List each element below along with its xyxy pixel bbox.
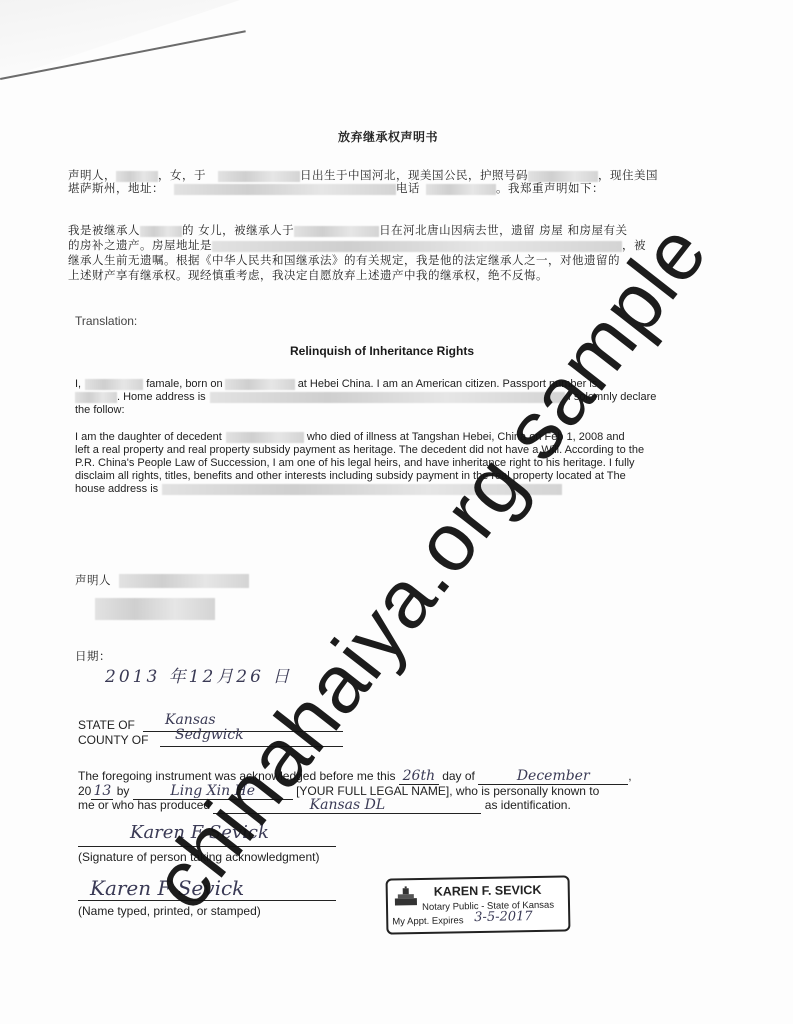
redacted-decedent (140, 226, 182, 237)
en-para2-line2: left a real property and real property s… (75, 444, 644, 456)
redacted-decedent (226, 432, 304, 443)
en-para1-line3: the follow: (75, 404, 125, 416)
text: . Home address is (117, 391, 206, 403)
text: 日在河北唐山因病去世，遗留 房屋 和房屋有关 (379, 223, 627, 237)
en-para1-line1: I, famale, born on at Hebei China. I am … (75, 378, 597, 390)
handwritten-day: 26th (403, 768, 435, 784)
printed-name-signature: Karen F Sevick (90, 876, 244, 900)
text: [YOUR FULL LEGAL NAME], who is personall… (296, 784, 599, 798)
county-value: Sedgwick (175, 727, 244, 743)
text: 的 女儿，被继承人于 (182, 223, 294, 237)
signature-underline (78, 846, 336, 847)
capitol-building-icon (394, 886, 418, 906)
en-para2-line1: I am the daughter of decedent who died o… (75, 431, 625, 443)
cn-para1-line2: 堪萨斯州，地址：电话。我郑重声明如下： (68, 180, 604, 196)
english-title: Relinquish of Inheritance Rights (290, 344, 474, 358)
text: 我是被继承人 (68, 223, 140, 237)
text: me or who has produced (78, 798, 210, 812)
printed-name-underline (78, 900, 336, 901)
stamp-expires-label: My Appt. Expires (392, 915, 463, 927)
notary-stamp: KAREN F. SEVICK Notary Public - State of… (386, 875, 571, 934)
text: house address is (75, 483, 158, 495)
text: day of (442, 769, 475, 783)
text: ，现住美国 (598, 168, 658, 182)
en-para2-line5: house address is (75, 483, 562, 495)
redacted-address (174, 184, 396, 195)
redacted-declarant-name (119, 574, 249, 588)
county-underline (160, 746, 343, 747)
cn-para2-line3: 继承人生前无遗嘱。根据《中华人民共和国继承法》的有关规定，我是他的法定继承人之一… (68, 252, 620, 268)
handwritten-id: Kansas DL (310, 797, 386, 813)
text: I, (75, 378, 81, 390)
declarant-line: 声明人 (75, 572, 249, 588)
en-para2-line3: P.R. China's People Law of Succession, I… (75, 457, 635, 469)
translation-label: Translation: (75, 314, 137, 328)
text: at Hebei China. I am an American citizen… (298, 378, 598, 390)
text: by (117, 784, 130, 798)
redacted-block (95, 598, 215, 620)
stamp-name: KAREN F. SEVICK (434, 883, 542, 899)
en-para1-line2: . Home address is I solemnly declare (75, 391, 656, 403)
state-label: STATE OF (78, 718, 135, 732)
text: I solemnly declare (568, 391, 657, 403)
ack-id-field: Kansas DL (213, 797, 481, 814)
handwritten-month: December (517, 768, 590, 784)
redacted-house-address (162, 484, 562, 495)
notary-signature: Karen F Sevick (130, 822, 269, 843)
ack-line3: me or who has produced Kansas DL as iden… (78, 797, 571, 814)
stamp-expires-value: 3-5-2017 (474, 909, 533, 925)
redacted-name (85, 379, 143, 390)
text: 20 (78, 784, 91, 798)
county-label: COUNTY OF (78, 733, 148, 747)
text: I am the daughter of decedent (75, 431, 222, 443)
text: 。我郑重声明如下： (496, 181, 604, 195)
text: who died of illness at Tangshan Hebei, C… (307, 431, 625, 443)
redacted-death-date (294, 226, 379, 237)
redacted-phone (426, 184, 496, 195)
en-para2-line4: disclaim all rights, titles, benefits an… (75, 470, 626, 482)
text: 堪萨斯州，地址： (68, 181, 164, 195)
redacted-signature (95, 598, 215, 620)
state-value: Kansas (165, 712, 216, 728)
text: famale, born on (146, 378, 222, 390)
text: The foregoing instrument was acknowledge… (78, 769, 396, 783)
chinese-title: 放弃继承权声明书 (338, 128, 438, 145)
text: ，被 (622, 238, 646, 252)
text: 电话 (396, 181, 420, 195)
declarant-label: 声明人 (75, 573, 111, 587)
redacted-dob (225, 379, 295, 390)
text: 的房补之遗产。房屋地址是 (68, 238, 212, 252)
cn-para2-line1: 我是被继承人的 女儿，被继承人于日在河北唐山因病去世，遗留 房屋 和房屋有关 (68, 222, 627, 238)
handwritten-date: 2013 年12月26 日 (105, 662, 292, 687)
cn-para2-line4: 上述财产享有继承权。现经慎重考虑，我决定自愿放弃上述遗产中我的继承权，绝不反悔。 (68, 267, 548, 283)
redacted-passport (75, 392, 117, 403)
scanned-document-page: 放弃继承权声明书 声明人，，女，于日出生于中国河北，现美国公民，护照号码，现住美… (0, 0, 793, 1024)
printed-name-caption: (Name typed, printed, or stamped) (78, 904, 261, 918)
redacted-house-address (212, 241, 622, 252)
cn-para2-line2: 的房补之遗产。房屋地址是，被 (68, 237, 646, 253)
signature-caption: (Signature of person taking acknowledgme… (78, 850, 319, 864)
redacted-home-address (210, 392, 565, 403)
text: as identification. (485, 798, 571, 812)
